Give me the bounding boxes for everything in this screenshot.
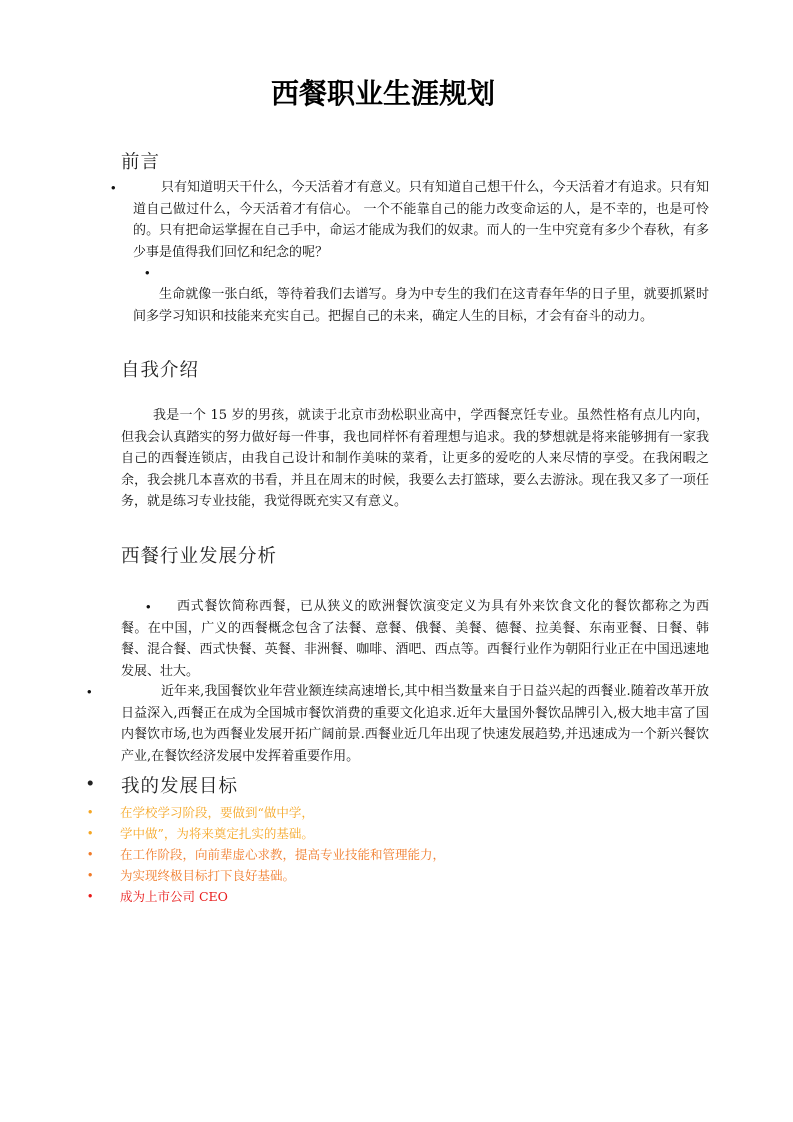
bullet-marker: • <box>88 803 120 822</box>
goal-text: 为实现终极目标打下良好基础。 <box>120 866 295 885</box>
bullet-marker: • <box>145 262 150 284</box>
heading-goals-label: 我的发展目标 <box>121 772 238 798</box>
intro-paragraph: 我是一个 15 岁的男孩，就读于北京市劲松职业高中，学西餐烹饪专业。虽然性格有点… <box>121 405 709 513</box>
heading-self-intro: 自我介绍 <box>121 356 199 382</box>
industry-paragraph-1: 西式餐饮简称西餐，已从狭义的欧洲餐饮演变定义为具有外来饮食文化的餐饮都称之为西餐… <box>121 596 709 682</box>
heading-goals: • 我的发展目标 <box>87 772 238 798</box>
bullet-marker: • <box>111 177 116 199</box>
goal-text: 在学校学习阶段，要做到“做中学， <box>120 803 314 822</box>
bullet-marker: • <box>88 887 120 906</box>
heading-preface: 前言 <box>121 148 160 174</box>
goal-text: 学中做”，为将来奠定扎实的基础。 <box>120 824 314 843</box>
heading-industry-analysis: 西餐行业发展分析 <box>121 542 277 568</box>
goal-item: • 在工作阶段，向前辈虚心求教，提高专业技能和管理能力， <box>88 845 445 864</box>
goal-text: 在工作阶段，向前辈虚心求教，提高专业技能和管理能力， <box>120 845 445 864</box>
industry-paragraph-2: 近年来,我国餐饮业年营业额连续高速增长,其中相当数量来自于日益兴起的西餐业.随着… <box>121 681 709 767</box>
preface-paragraph-1: 只有知道明天干什么，今天活着才有意义。只有知道自己想干什么，今天活着才有追求。只… <box>133 177 709 263</box>
bullet-marker: • <box>88 845 120 864</box>
goal-item: • 为实现终极目标打下良好基础。 <box>88 866 295 885</box>
goal-text: 成为上市公司 CEO <box>120 887 228 906</box>
bullet-marker: • <box>87 681 92 703</box>
preface-paragraph-2: 生命就像一张白纸，等待着我们去谱写。身为中专生的我们在这青春年华的日子里，就要抓… <box>133 284 709 327</box>
goal-item: • 学中做”，为将来奠定扎实的基础。 <box>88 824 314 843</box>
document-title: 西餐职业生涯规划 <box>0 72 766 112</box>
bullet-marker: • <box>88 824 120 843</box>
bullet-marker: • <box>87 772 121 798</box>
goal-item: • 在学校学习阶段，要做到“做中学， <box>88 803 314 822</box>
bullet-marker: • <box>88 866 120 885</box>
goal-item: • 成为上市公司 CEO <box>88 887 228 906</box>
